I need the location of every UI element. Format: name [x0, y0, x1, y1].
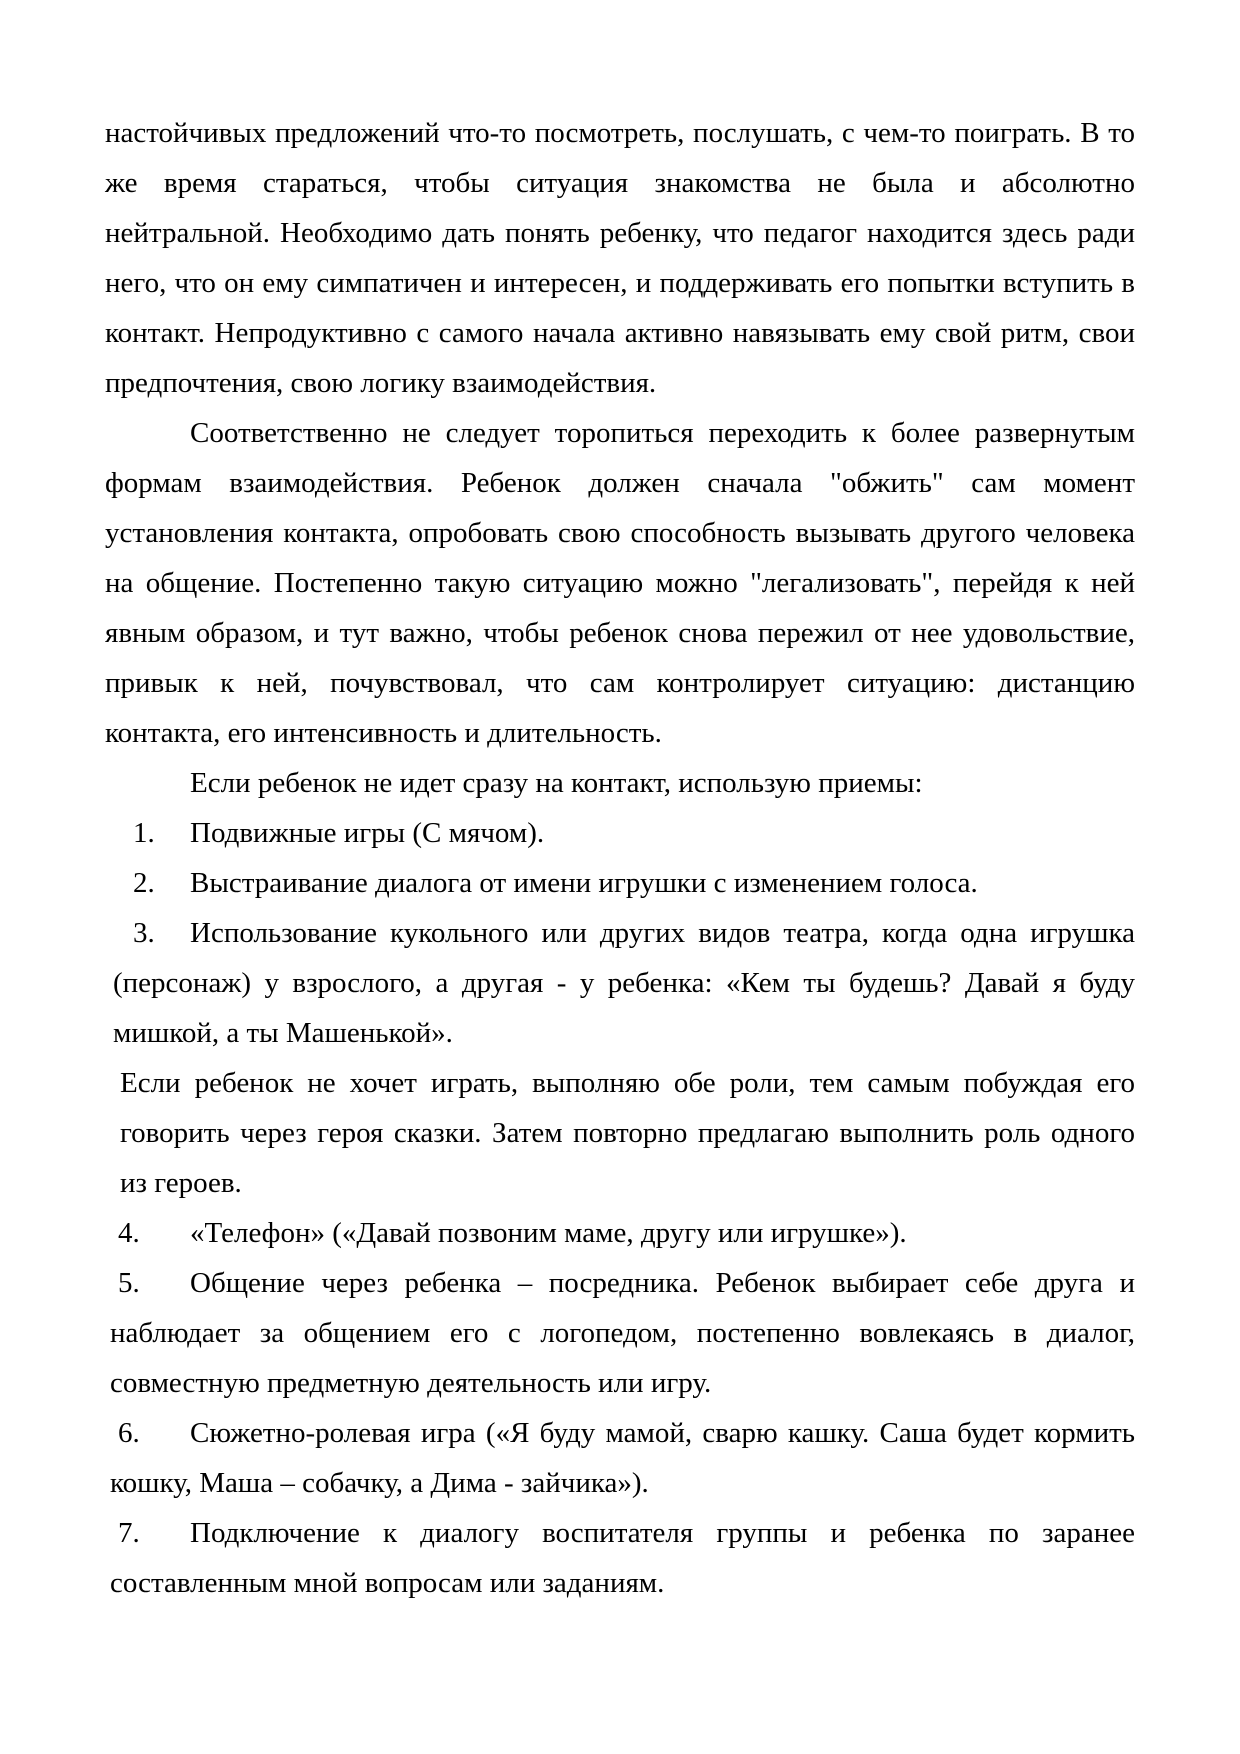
list-note-paragraph: Если ребенок не хочет играть, выполняю о… [105, 1058, 1135, 1208]
list-item-number: 3. [133, 908, 155, 958]
list-item: 7. Подключение к диалогу воспитателя гру… [105, 1508, 1135, 1608]
list-item: 5. Общение через ребенка – посредника. Р… [105, 1258, 1135, 1408]
list-item-text: Использование кукольного или других видо… [105, 908, 1135, 1058]
list-item-text: «Телефон» («Давай позвоним маме, другу и… [105, 1208, 1135, 1258]
list-item-text: Подключение к диалогу воспитателя группы… [105, 1508, 1135, 1608]
list-item-number: 6. [118, 1408, 140, 1458]
list-note-text: Если ребенок не хочет играть, выполняю о… [105, 1058, 1135, 1208]
list-item-text: Выстраивание диалога от имени игрушки с … [105, 858, 1135, 908]
document-content: настойчивых предложений что-то посмотрет… [105, 108, 1135, 1608]
list-item: 1. Подвижные игры (С мячом). [105, 808, 1135, 858]
list-item-text: Общение через ребенка – посредника. Ребе… [105, 1258, 1135, 1408]
list-item: 3. Использование кукольного или других в… [105, 908, 1135, 1058]
document-page: настойчивых предложений что-то посмотрет… [0, 0, 1240, 1754]
list-item: 6. Сюжетно-ролевая игра («Я буду мамой, … [105, 1408, 1135, 1508]
body-paragraph: Соответственно не следует торопиться пер… [105, 408, 1135, 758]
list-item-number: 7. [118, 1508, 140, 1558]
list-item-number: 1. [133, 808, 155, 858]
list-item-number: 2. [133, 858, 155, 908]
list-item-number: 5. [118, 1258, 140, 1308]
list-item-text: Подвижные игры (С мячом). [105, 808, 1135, 858]
list-item: 4. «Телефон» («Давай позвоним маме, друг… [105, 1208, 1135, 1258]
list-item-text: Сюжетно-ролевая игра («Я буду мамой, сва… [105, 1408, 1135, 1508]
list-item: 2. Выстраивание диалога от имени игрушки… [105, 858, 1135, 908]
body-paragraph-continuation: настойчивых предложений что-то посмотрет… [105, 108, 1135, 408]
list-item-number: 4. [118, 1208, 140, 1258]
body-paragraph-list-intro: Если ребенок не идет сразу на контакт, и… [105, 758, 1135, 808]
